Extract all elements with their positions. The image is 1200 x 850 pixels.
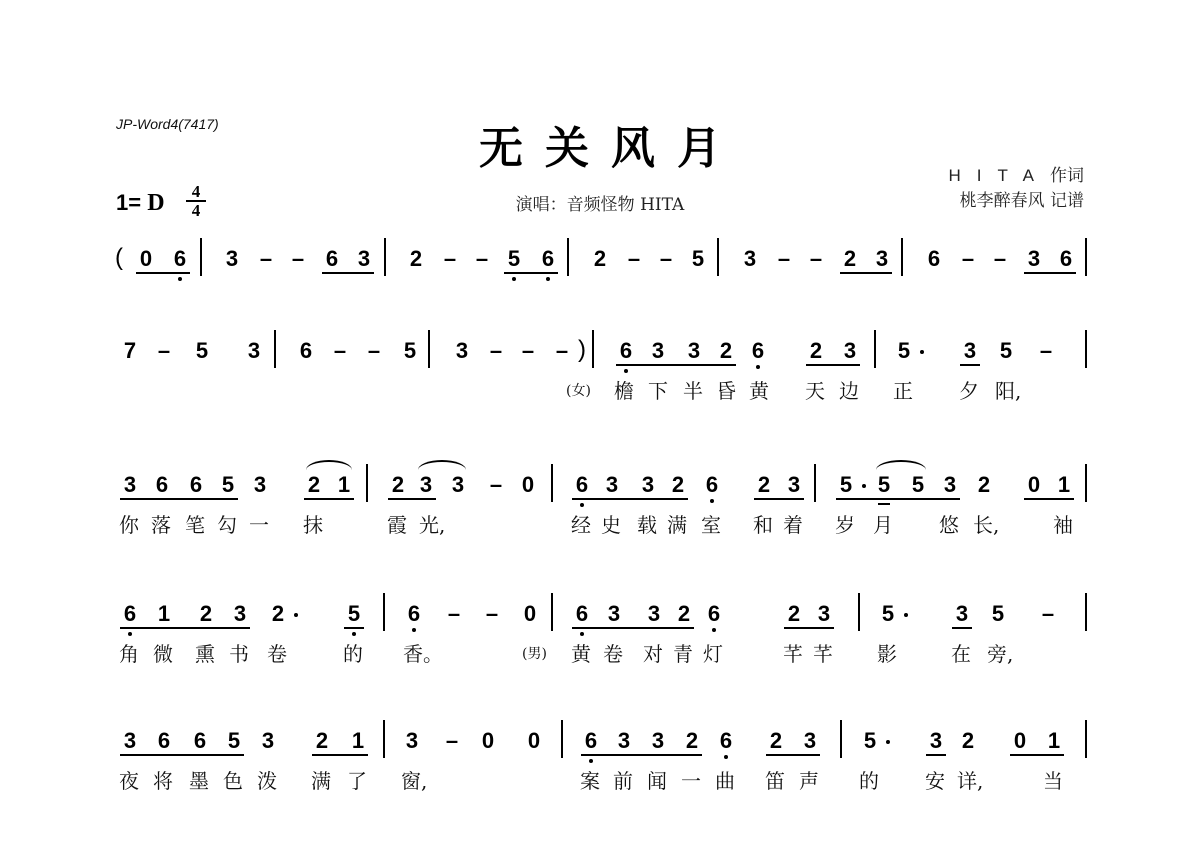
- lyric-syllable: 案: [580, 770, 602, 792]
- lyric-syllable: 角: [119, 643, 141, 665]
- note: 2: [592, 248, 608, 270]
- dash-extension: –: [474, 248, 490, 270]
- note: 2: [684, 730, 700, 752]
- low-octave-dot: [724, 755, 728, 759]
- note: 6: [188, 474, 204, 496]
- low-octave-dot: [412, 628, 416, 632]
- dash-extension: –: [960, 248, 976, 270]
- beam-underline: [836, 498, 960, 500]
- lyric-syllable: 勾: [217, 514, 239, 536]
- beam-underline: [120, 754, 244, 756]
- note: 0: [138, 248, 154, 270]
- lyric-syllable: 下: [648, 380, 670, 402]
- note: 2: [786, 603, 802, 625]
- barline: [551, 464, 553, 502]
- beam-underline: [960, 364, 980, 366]
- low-octave-dot: [624, 369, 628, 373]
- beam-underline: [322, 272, 374, 274]
- dash-extension: –: [332, 340, 348, 362]
- dash-extension: –: [808, 248, 824, 270]
- lyric-syllable: 黄: [571, 643, 593, 665]
- note: 5: [896, 340, 912, 362]
- barline: [383, 593, 385, 631]
- credits: HITA作词 桃李醉春风 记谱: [949, 163, 1084, 214]
- lyric-syllable: 芊: [783, 643, 805, 665]
- note: 6: [926, 248, 942, 270]
- dash-extension: –: [484, 603, 500, 625]
- note: 6: [706, 603, 722, 625]
- note: 2: [960, 730, 976, 752]
- note: 6: [156, 730, 172, 752]
- low-octave-dot: [512, 277, 516, 281]
- note: 6: [574, 603, 590, 625]
- barline: [858, 593, 860, 631]
- lyric-syllable: 史: [601, 514, 623, 536]
- note: 2: [670, 474, 686, 496]
- note: 1: [1056, 474, 1072, 496]
- note: 2: [768, 730, 784, 752]
- barline: [1085, 330, 1087, 368]
- lyric-syllable: 芊: [813, 643, 835, 665]
- note: 0: [520, 474, 536, 496]
- note: 3: [646, 603, 662, 625]
- lyric-syllable: 的: [859, 770, 881, 792]
- note: 3: [786, 474, 802, 496]
- repeat-open-paren: (: [115, 247, 123, 269]
- note: 3: [874, 248, 890, 270]
- lyric-syllable: 灯: [703, 643, 725, 665]
- dash-extension: –: [658, 248, 674, 270]
- lyric-syllable: 声: [799, 770, 821, 792]
- note: 6: [192, 730, 208, 752]
- lyric-syllable: 檐: [614, 380, 636, 402]
- lyric-syllable: 着: [783, 514, 805, 536]
- note: 3: [616, 730, 632, 752]
- lyric-syllable: 色: [223, 770, 245, 792]
- note: 2: [676, 603, 692, 625]
- note: 6: [540, 248, 556, 270]
- note: 2: [842, 248, 858, 270]
- note: 3: [650, 730, 666, 752]
- note: 3: [802, 730, 818, 752]
- dash-extension: –: [488, 474, 504, 496]
- lyric-syllable: 卷: [267, 643, 289, 665]
- note: 5: [880, 603, 896, 625]
- beam-underline-double: [878, 503, 890, 505]
- lyric-syllable: 了: [347, 770, 369, 792]
- barline: [901, 238, 903, 276]
- beam-underline: [806, 364, 860, 366]
- note: 3: [418, 474, 434, 496]
- beam-underline: [120, 498, 238, 500]
- note: 6: [298, 340, 314, 362]
- beam-underline: [572, 498, 688, 500]
- note: 5: [402, 340, 418, 362]
- note: 2: [270, 603, 286, 625]
- note: 2: [808, 340, 824, 362]
- barline: [592, 330, 594, 368]
- lyric-syllable: 长,: [973, 514, 1013, 536]
- low-octave-dot: [580, 503, 584, 507]
- dash-extension: –: [520, 340, 536, 362]
- note: 2: [756, 474, 772, 496]
- note: 5: [690, 248, 706, 270]
- barline: [274, 330, 276, 368]
- low-octave-dot: [712, 628, 716, 632]
- note: 6: [618, 340, 634, 362]
- augmentation-dot: [904, 613, 908, 617]
- note: 6: [1058, 248, 1074, 270]
- note: 6: [583, 730, 599, 752]
- lyric-syllable: 悠: [939, 514, 961, 536]
- lyric-syllable: 昏: [716, 380, 738, 402]
- lyric-syllable: 详,: [957, 770, 997, 792]
- beam-underline: [504, 272, 558, 274]
- lyric-syllable: 的: [343, 643, 365, 665]
- augmentation-dot: [886, 740, 890, 744]
- note: 3: [928, 730, 944, 752]
- note: 3: [742, 248, 758, 270]
- note: 2: [306, 474, 322, 496]
- tie-slur: [306, 460, 352, 470]
- note: 3: [962, 340, 978, 362]
- beam-underline: [388, 498, 436, 500]
- barline: [428, 330, 430, 368]
- dash-extension: –: [444, 730, 460, 752]
- barline: [384, 238, 386, 276]
- note: 1: [1046, 730, 1062, 752]
- barline: [1085, 720, 1087, 758]
- beam-underline: [312, 754, 368, 756]
- lyric-syllable: 微: [153, 643, 175, 665]
- note: 6: [154, 474, 170, 496]
- lyric-syllable: 正: [893, 380, 915, 402]
- note: 3: [954, 603, 970, 625]
- note: 3: [842, 340, 858, 362]
- beam-underline: [1024, 498, 1074, 500]
- note: 3: [232, 603, 248, 625]
- note: 5: [998, 340, 1014, 362]
- note: 5: [506, 248, 522, 270]
- note: 6: [122, 603, 138, 625]
- barline: [366, 464, 368, 502]
- lyric-syllable: 香。: [403, 643, 443, 665]
- note: 3: [246, 340, 262, 362]
- note: 2: [408, 248, 424, 270]
- low-octave-dot: [589, 759, 593, 763]
- lyric-syllable: 夜: [119, 770, 141, 792]
- lyric-syllable: 一: [249, 514, 271, 536]
- barline: [567, 238, 569, 276]
- note: 6: [574, 474, 590, 496]
- note: 5: [226, 730, 242, 752]
- lyric-syllable: 笔: [185, 514, 207, 536]
- note: 0: [1026, 474, 1042, 496]
- lyric-syllable: 将: [153, 770, 175, 792]
- lyric-syllable: 光,: [419, 514, 459, 536]
- note: 5: [194, 340, 210, 362]
- lyric-syllable: 窗,: [401, 770, 441, 792]
- note: 1: [350, 730, 366, 752]
- note: 3: [404, 730, 420, 752]
- transcriber-name: 桃李醉春风: [960, 191, 1045, 211]
- barline: [1085, 238, 1087, 276]
- note: 3: [816, 603, 832, 625]
- lyric-syllable: 阳,: [995, 380, 1035, 402]
- note: 3: [454, 340, 470, 362]
- note: 3: [640, 474, 656, 496]
- barline: [551, 593, 553, 631]
- notation-line: 36653213–00633262353201夜将墨色泼满了窗,案前闻一曲笛声的…: [0, 0, 1200, 120]
- lyric-syllable: 月: [873, 514, 895, 536]
- beam-underline: [304, 498, 354, 500]
- beam-underline: [344, 627, 364, 629]
- beam-underline: [754, 498, 804, 500]
- beam-underline: [136, 272, 190, 274]
- singer-role-label: (男): [522, 643, 547, 665]
- lyric-syllable: 抹: [303, 514, 325, 536]
- barline: [1085, 464, 1087, 502]
- note: 7: [122, 340, 138, 362]
- note: 5: [838, 474, 854, 496]
- dash-extension: –: [992, 248, 1008, 270]
- note: 1: [156, 603, 172, 625]
- lyric-syllable: 泼: [257, 770, 279, 792]
- note: 3: [606, 603, 622, 625]
- note: 3: [122, 474, 138, 496]
- low-octave-dot: [352, 632, 356, 636]
- note: 3: [650, 340, 666, 362]
- transcriber-role: 记谱: [1050, 191, 1084, 211]
- augmentation-dot: [920, 350, 924, 354]
- note: 2: [390, 474, 406, 496]
- dash-extension: –: [1038, 340, 1054, 362]
- note: 6: [406, 603, 422, 625]
- lyric-syllable: 卷: [603, 643, 625, 665]
- note: 1: [336, 474, 352, 496]
- dash-extension: –: [776, 248, 792, 270]
- lyric-syllable: 在: [951, 643, 973, 665]
- low-octave-dot: [710, 499, 714, 503]
- note: 3: [252, 474, 268, 496]
- dash-extension: –: [446, 603, 462, 625]
- low-octave-dot: [546, 277, 550, 281]
- lyric-syllable: 半: [683, 380, 705, 402]
- note: 5: [220, 474, 236, 496]
- note: 2: [198, 603, 214, 625]
- tie-slur: [418, 460, 466, 470]
- lyricist-credit: HITA作词: [949, 163, 1084, 189]
- note: 5: [910, 474, 926, 496]
- beam-underline: [926, 754, 946, 756]
- note: 2: [976, 474, 992, 496]
- note: 6: [718, 730, 734, 752]
- lyric-syllable: 书: [229, 643, 251, 665]
- note: 0: [1012, 730, 1028, 752]
- note: 3: [686, 340, 702, 362]
- dash-extension: –: [258, 248, 274, 270]
- note: 5: [990, 603, 1006, 625]
- note: 3: [450, 474, 466, 496]
- note: 3: [260, 730, 276, 752]
- barline: [1085, 593, 1087, 631]
- augmentation-dot: [862, 484, 866, 488]
- note: 3: [604, 474, 620, 496]
- note: 3: [122, 730, 138, 752]
- lyric-syllable: 夕: [959, 380, 981, 402]
- low-octave-dot: [756, 365, 760, 369]
- beam-underline: [766, 754, 820, 756]
- lyric-syllable: 前: [613, 770, 635, 792]
- dash-extension: –: [626, 248, 642, 270]
- note: 2: [718, 340, 734, 362]
- repeat-close-paren: ): [578, 339, 586, 361]
- note: 5: [876, 474, 892, 496]
- note: 6: [750, 340, 766, 362]
- dash-extension: –: [366, 340, 382, 362]
- lyric-syllable: 经: [571, 514, 593, 536]
- lyric-syllable: 安: [925, 770, 947, 792]
- dash-extension: –: [488, 340, 504, 362]
- lyric-syllable: 墨: [189, 770, 211, 792]
- barline: [840, 720, 842, 758]
- note: 5: [346, 603, 362, 625]
- note: 5: [862, 730, 878, 752]
- lyricist-name: HITA: [949, 166, 1050, 185]
- low-octave-dot: [580, 632, 584, 636]
- beam-underline: [1010, 754, 1064, 756]
- dash-extension: –: [1040, 603, 1056, 625]
- lyric-syllable: 曲: [715, 770, 737, 792]
- dash-extension: –: [156, 340, 172, 362]
- lyricist-role: 作词: [1050, 166, 1084, 186]
- lyric-syllable: 满: [667, 514, 689, 536]
- note: 2: [314, 730, 330, 752]
- lyric-syllable: 当: [1043, 770, 1065, 792]
- low-octave-dot: [178, 277, 182, 281]
- lyric-syllable: 对: [643, 643, 665, 665]
- dash-extension: –: [290, 248, 306, 270]
- barline: [200, 238, 202, 276]
- augmentation-dot: [294, 613, 298, 617]
- note: 3: [356, 248, 372, 270]
- dash-extension: –: [442, 248, 458, 270]
- barline: [717, 238, 719, 276]
- note: 3: [1026, 248, 1042, 270]
- note: 0: [526, 730, 542, 752]
- beam-underline: [572, 627, 694, 629]
- lyric-syllable: 和: [753, 514, 775, 536]
- lyric-syllable: 边: [839, 380, 861, 402]
- low-octave-dot: [128, 632, 132, 636]
- note: 6: [324, 248, 340, 270]
- lyric-syllable: 霞: [387, 514, 409, 536]
- beam-underline: [581, 754, 702, 756]
- barline: [874, 330, 876, 368]
- dash-extension: –: [554, 340, 570, 362]
- lyric-syllable: 满: [311, 770, 333, 792]
- transcriber-credit: 桃李醉春风 记谱: [949, 189, 1084, 214]
- note: 0: [522, 603, 538, 625]
- lyric-syllable: 闻: [647, 770, 669, 792]
- note: 3: [942, 474, 958, 496]
- lyric-syllable: 一: [681, 770, 703, 792]
- lyric-syllable: 青: [673, 643, 695, 665]
- lyric-syllable: 影: [877, 643, 899, 665]
- lyric-syllable: 落: [151, 514, 173, 536]
- singer-role-label: (女): [566, 380, 591, 402]
- note: 6: [172, 248, 188, 270]
- beam-underline: [952, 627, 972, 629]
- lyric-syllable: 袖: [1053, 514, 1075, 536]
- barline: [561, 720, 563, 758]
- lyric-syllable: 天: [805, 380, 827, 402]
- barline: [814, 464, 816, 502]
- lyric-syllable: 笛: [765, 770, 787, 792]
- lyric-syllable: 岁: [835, 514, 857, 536]
- lyric-syllable: 旁,: [987, 643, 1027, 665]
- tie-slur: [876, 460, 926, 470]
- lyric-syllable: 熏: [195, 643, 217, 665]
- note: 3: [224, 248, 240, 270]
- barline: [383, 720, 385, 758]
- lyric-syllable: 室: [701, 514, 723, 536]
- lyric-syllable: 载: [637, 514, 659, 536]
- lyric-syllable: 黄: [749, 380, 771, 402]
- beam-underline: [120, 627, 250, 629]
- beam-underline: [840, 272, 892, 274]
- note: 6: [704, 474, 720, 496]
- beam-underline: [616, 364, 736, 366]
- note: 0: [480, 730, 496, 752]
- beam-underline: [784, 627, 834, 629]
- lyric-syllable: 你: [119, 514, 141, 536]
- beam-underline: [1024, 272, 1076, 274]
